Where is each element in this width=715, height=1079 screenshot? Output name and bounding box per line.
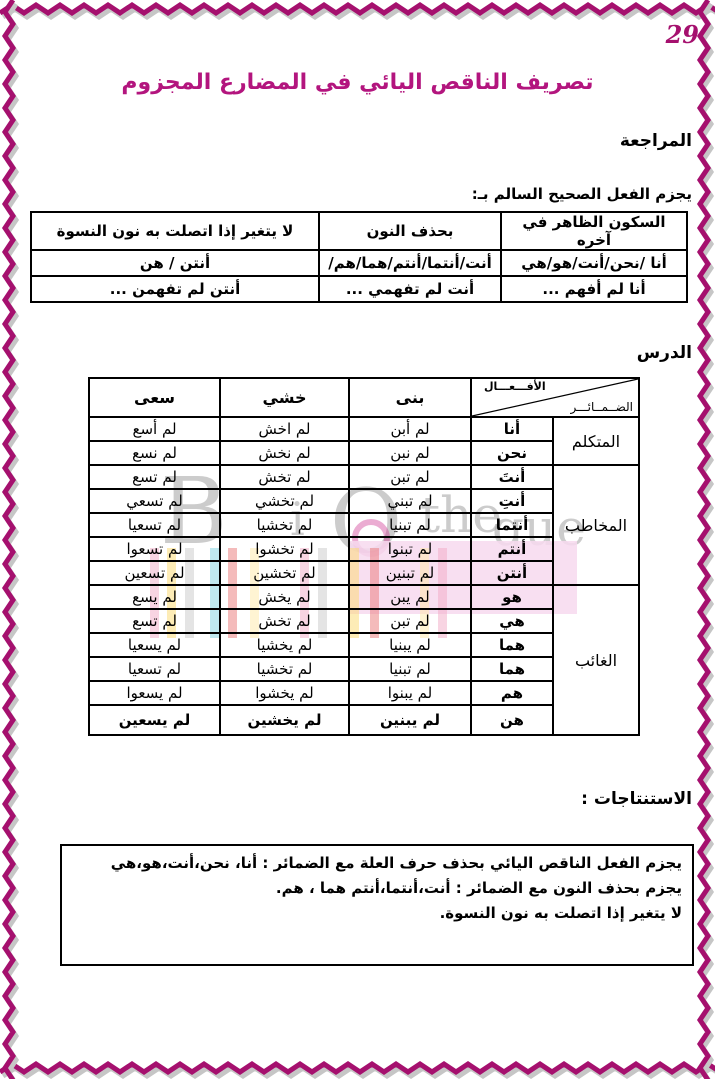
header-cell: السكون الظاهر في آخره bbox=[501, 212, 687, 250]
group-cell: المتكلم bbox=[553, 417, 639, 465]
cell: أنتن / هن bbox=[31, 250, 319, 276]
zigzag-border-bottom bbox=[0, 1059, 715, 1079]
zigzag-border-right bbox=[695, 0, 715, 1079]
cell: أنت/أنتما/أنتم/هما/هم/ bbox=[319, 250, 501, 276]
verb-form-cell: لم تبنوا bbox=[349, 537, 471, 561]
pronoun-cell: هم bbox=[471, 681, 553, 705]
verb-form-cell: لم تبنين bbox=[349, 561, 471, 585]
group-cell: الغائب bbox=[553, 585, 639, 735]
review-table: السكون الظاهر في آخره بحذف النون لا يتغي… bbox=[30, 211, 688, 303]
verb-form-cell: لم تسعيا bbox=[89, 513, 220, 537]
verb-form-cell: لم يبنيا bbox=[349, 633, 471, 657]
worksheet-page: B i O the que 29 تصريف الناقص اليائي في … bbox=[0, 0, 715, 1079]
verb-form-cell: لم تبن bbox=[349, 465, 471, 489]
pronoun-cell: هو bbox=[471, 585, 553, 609]
verb-form-cell: لم يسع bbox=[89, 585, 220, 609]
verb-form-cell: لم تبنيا bbox=[349, 657, 471, 681]
pronoun-cell: هن bbox=[471, 705, 553, 735]
table-row: الغائب هو لم يبن لم يخش لم يسع bbox=[89, 585, 639, 609]
verb-form-cell: لم تسعوا bbox=[89, 537, 220, 561]
page-number: 29 bbox=[666, 20, 699, 49]
verb-form-cell: لم تسع bbox=[89, 465, 220, 489]
cell: أنا /نحن/أنت/هو/هي bbox=[501, 250, 687, 276]
verb-form-cell: لم نبن bbox=[349, 441, 471, 465]
pronoun-cell: أنتم bbox=[471, 537, 553, 561]
verb-form-cell: لم تسعيا bbox=[89, 657, 220, 681]
verb-form-cell: لم نخش bbox=[220, 441, 349, 465]
verb-form-cell: لم يخشين bbox=[220, 705, 349, 735]
verb-form-cell: لم تخشي bbox=[220, 489, 349, 513]
zigzag-border-top bbox=[0, 0, 715, 20]
verb-header: خشي bbox=[220, 378, 349, 417]
table-row: المتكلم أنا لم أبن لم اخش لم أسع bbox=[89, 417, 639, 441]
verb-form-cell: لم يسعين bbox=[89, 705, 220, 735]
group-cell: المخاطب bbox=[553, 465, 639, 585]
zigzag-border-left bbox=[0, 0, 20, 1079]
verb-form-cell: لم تسعين bbox=[89, 561, 220, 585]
diagonal-header-cell: الأفـــعـــال الضــمــائـــر bbox=[471, 378, 639, 417]
conclusion-line: لا يتغير إذا اتصلت به نون النسوة. bbox=[72, 901, 682, 926]
verb-form-cell: لم تسعي bbox=[89, 489, 220, 513]
pronoun-cell: أنتَ bbox=[471, 465, 553, 489]
verb-form-cell: لم تبني bbox=[349, 489, 471, 513]
verb-form-cell: لم تبنيا bbox=[349, 513, 471, 537]
verb-form-cell: لم اخش bbox=[220, 417, 349, 441]
table-header-row: الأفـــعـــال الضــمــائـــر بنى خشي سعى bbox=[89, 378, 639, 417]
table-row: أنا /نحن/أنت/هو/هي أنت/أنتما/أنتم/هما/هم… bbox=[31, 250, 687, 276]
verb-form-cell: لم تخشيا bbox=[220, 657, 349, 681]
pronoun-cell: نحن bbox=[471, 441, 553, 465]
page-title: تصريف الناقص اليائي في المضارع المجزوم bbox=[0, 70, 715, 95]
verb-form-cell: لم تخش bbox=[220, 465, 349, 489]
pronouns-axis-label: الضــمــائـــر bbox=[570, 400, 633, 414]
verb-form-cell: لم يبن bbox=[349, 585, 471, 609]
verb-form-cell: لم تسع bbox=[89, 609, 220, 633]
section-conclusions-heading: الاستنتاجات : bbox=[581, 789, 692, 809]
verb-header: بنى bbox=[349, 378, 471, 417]
verb-form-cell: لم أبن bbox=[349, 417, 471, 441]
verb-form-cell: لم يسعيا bbox=[89, 633, 220, 657]
verb-form-cell: لم يخشوا bbox=[220, 681, 349, 705]
verb-form-cell: لم تخشيا bbox=[220, 513, 349, 537]
conjugation-table: الأفـــعـــال الضــمــائـــر بنى خشي سعى… bbox=[88, 377, 640, 736]
verbs-axis-label: الأفـــعـــال bbox=[484, 380, 546, 393]
review-lead-text: يجزم الفعل الصحيح السالم بـ: bbox=[472, 185, 692, 203]
cell: أنا لم أفهم ... bbox=[501, 276, 687, 302]
section-review-heading: المراجعة bbox=[620, 131, 692, 151]
verb-form-cell: لم يبنين bbox=[349, 705, 471, 735]
verb-form-cell: لم نسع bbox=[89, 441, 220, 465]
header-cell: بحذف النون bbox=[319, 212, 501, 250]
pronoun-cell: هما bbox=[471, 657, 553, 681]
verb-form-cell: لم يسعوا bbox=[89, 681, 220, 705]
cell: أنت لم تفهمي ... bbox=[319, 276, 501, 302]
conclusions-box: يجزم الفعل الناقص اليائي بحذف حرف العلة … bbox=[60, 844, 694, 966]
header-cell: لا يتغير إذا اتصلت به نون النسوة bbox=[31, 212, 319, 250]
verb-form-cell: لم تخشوا bbox=[220, 537, 349, 561]
conclusion-line: يجزم الفعل الناقص اليائي بحذف حرف العلة … bbox=[72, 851, 682, 876]
section-lesson-heading: الدرس bbox=[637, 343, 692, 363]
pronoun-cell: هي bbox=[471, 609, 553, 633]
cell: أنتن لم تفهمن ... bbox=[31, 276, 319, 302]
verb-form-cell: لم يخشيا bbox=[220, 633, 349, 657]
conclusion-line: يجزم بحذف النون مع الضمائر : أنت،أنتما،أ… bbox=[72, 876, 682, 901]
table-row: المخاطب أنتَ لم تبن لم تخش لم تسع bbox=[89, 465, 639, 489]
verb-header: سعى bbox=[89, 378, 220, 417]
pronoun-cell: أنتِ bbox=[471, 489, 553, 513]
pronoun-cell: أنتما bbox=[471, 513, 553, 537]
verb-form-cell: لم تبن bbox=[349, 609, 471, 633]
verb-form-cell: لم أسع bbox=[89, 417, 220, 441]
pronoun-cell: أنتن bbox=[471, 561, 553, 585]
table-header-row: السكون الظاهر في آخره بحذف النون لا يتغي… bbox=[31, 212, 687, 250]
verb-form-cell: لم يبنوا bbox=[349, 681, 471, 705]
verb-form-cell: لم تخش bbox=[220, 609, 349, 633]
table-row: أنا لم أفهم ... أنت لم تفهمي ... أنتن لم… bbox=[31, 276, 687, 302]
pronoun-cell: أنا bbox=[471, 417, 553, 441]
verb-form-cell: لم تخشين bbox=[220, 561, 349, 585]
verb-form-cell: لم يخش bbox=[220, 585, 349, 609]
pronoun-cell: هما bbox=[471, 633, 553, 657]
